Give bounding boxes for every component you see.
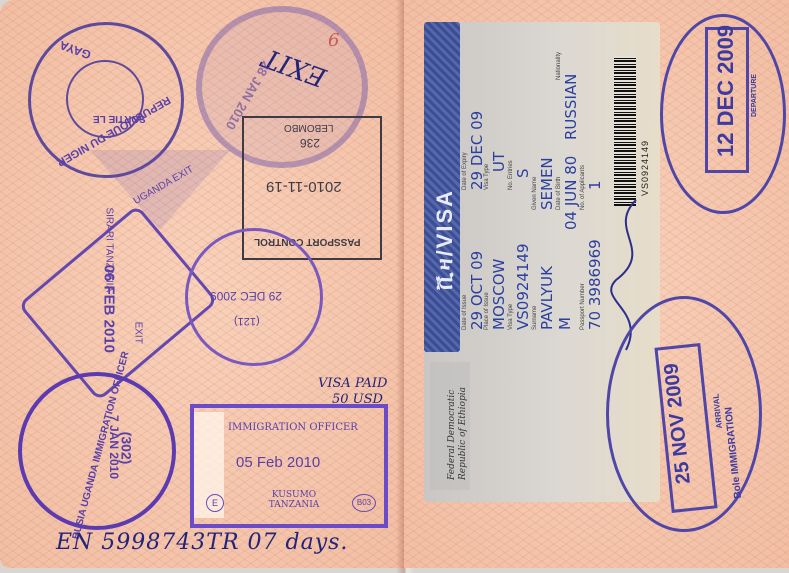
uganda-round-code: (121) bbox=[234, 315, 260, 327]
issuer-line-2: Republic of Ethiopia bbox=[458, 387, 468, 480]
niger-place: GAYA bbox=[58, 38, 93, 62]
nationality-label: Nationality bbox=[556, 52, 562, 80]
departure-label: DEPARTURE bbox=[751, 74, 758, 117]
visa-number: VS0924149 bbox=[514, 243, 532, 330]
sex: M bbox=[556, 317, 574, 330]
arrival-ring-text: Bole IMMIGRATION bbox=[723, 406, 744, 499]
kusumo-header: IMMIGRATION OFFICER bbox=[228, 422, 358, 433]
surname: PAVLYUK bbox=[538, 266, 556, 330]
visa-band bbox=[424, 22, 460, 352]
bole-departure-stamp: 12 DEC 2009 DEPARTURE bbox=[660, 14, 786, 214]
nationality: RUSSIAN bbox=[562, 74, 580, 140]
bole-arrival-stamp: 25 NOV 2009 ARRIVAL Bole IMMIGRATION bbox=[606, 296, 762, 532]
issuer-line-1: Federal Democratic bbox=[447, 390, 457, 480]
busia-uganda-stamp: 7 JAN 2010 (302) BUSIA UGANDA IMMIGRATIO… bbox=[18, 372, 176, 530]
applicants: 1 bbox=[586, 180, 604, 190]
departure-date: 12 DEC 2009 bbox=[713, 25, 739, 157]
visa-barcode bbox=[614, 56, 636, 206]
visa-paid-note: VISA PAID bbox=[318, 376, 387, 391]
given-name: SEMEN bbox=[538, 157, 556, 210]
uganda-round-stamp: 29 DEC 2009 (121) bbox=[185, 228, 323, 366]
passport-left-page: 6 REPUBLIQUE DU NIGER SORTIE LE GAYA EXI… bbox=[0, 0, 404, 568]
sirari-date: 06 FEB 2010 bbox=[100, 265, 117, 353]
visa-paid-amount: 50 USD bbox=[332, 392, 383, 407]
lebombo-number: 236 bbox=[300, 136, 320, 150]
barcode-number: VS0924149 bbox=[640, 140, 650, 196]
kusumo-place: KUSUMO TANZANIA bbox=[254, 490, 334, 510]
bottom-handwritten-note: EN 5998743TR 07 days. bbox=[56, 530, 348, 555]
arrival-label: ARRIVAL bbox=[711, 393, 724, 429]
kusumo-tanzania-stamp: IMMIGRATION OFFICER 05 Feb 2010 KUSUMO T… bbox=[190, 404, 388, 528]
entries: S bbox=[514, 168, 532, 178]
uganda-round-date: 29 DEC 2009 bbox=[210, 289, 282, 303]
lebombo-place: LEBOMBO bbox=[284, 122, 333, 133]
kusumo-date: 05 Feb 2010 bbox=[236, 454, 320, 471]
kusumo-left-code: E bbox=[206, 494, 224, 512]
busia-code: (302) bbox=[118, 432, 134, 465]
visa-band-label: ቪዛ/VISA bbox=[432, 189, 458, 290]
kusumo-right-code: B03 bbox=[352, 494, 376, 512]
lebombo-date: 2010-11-19 bbox=[266, 178, 342, 195]
niger-center-text: SORTIE LE bbox=[93, 113, 146, 124]
dob: 04 JUN 80 bbox=[562, 156, 580, 230]
sirari-label: EXIT bbox=[132, 322, 143, 344]
visa-type: UT bbox=[490, 152, 508, 172]
place-of-issue: MOSCOW bbox=[490, 259, 508, 330]
